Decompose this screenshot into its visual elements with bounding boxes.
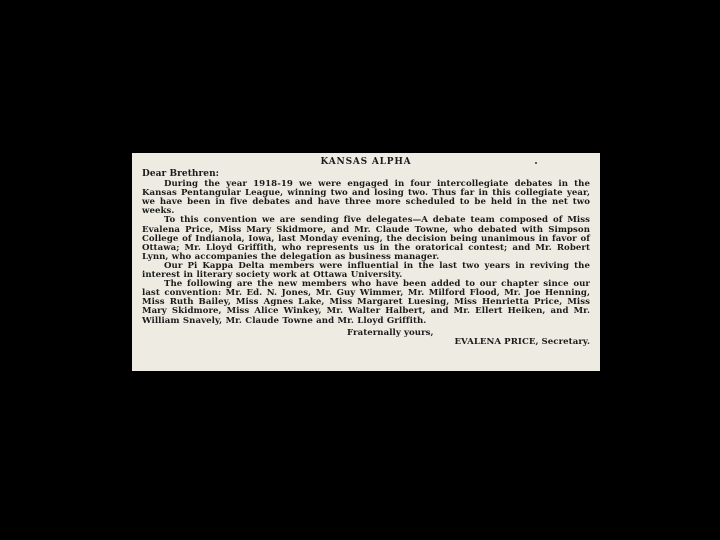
salutation: Dear Brethren: <box>142 170 590 179</box>
slide: KANSAS ALPHA Dear Brethren: During the y… <box>0 0 720 540</box>
print-speck <box>535 162 537 164</box>
paragraph-new-members: The following are the new members who ha… <box>142 280 590 325</box>
paragraph-delegates: To this convention we are sending five d… <box>142 216 590 261</box>
newspaper-clipping: KANSAS ALPHA Dear Brethren: During the y… <box>132 153 600 371</box>
signature: EVALENA PRICE, Secretary. <box>142 338 590 347</box>
paragraph-debates: During the year 1918-19 we were engaged … <box>142 180 590 216</box>
clipping-heading: KANSAS ALPHA <box>142 158 590 168</box>
paragraph-literary-society: Our Pi Kappa Delta members were influent… <box>142 262 590 280</box>
